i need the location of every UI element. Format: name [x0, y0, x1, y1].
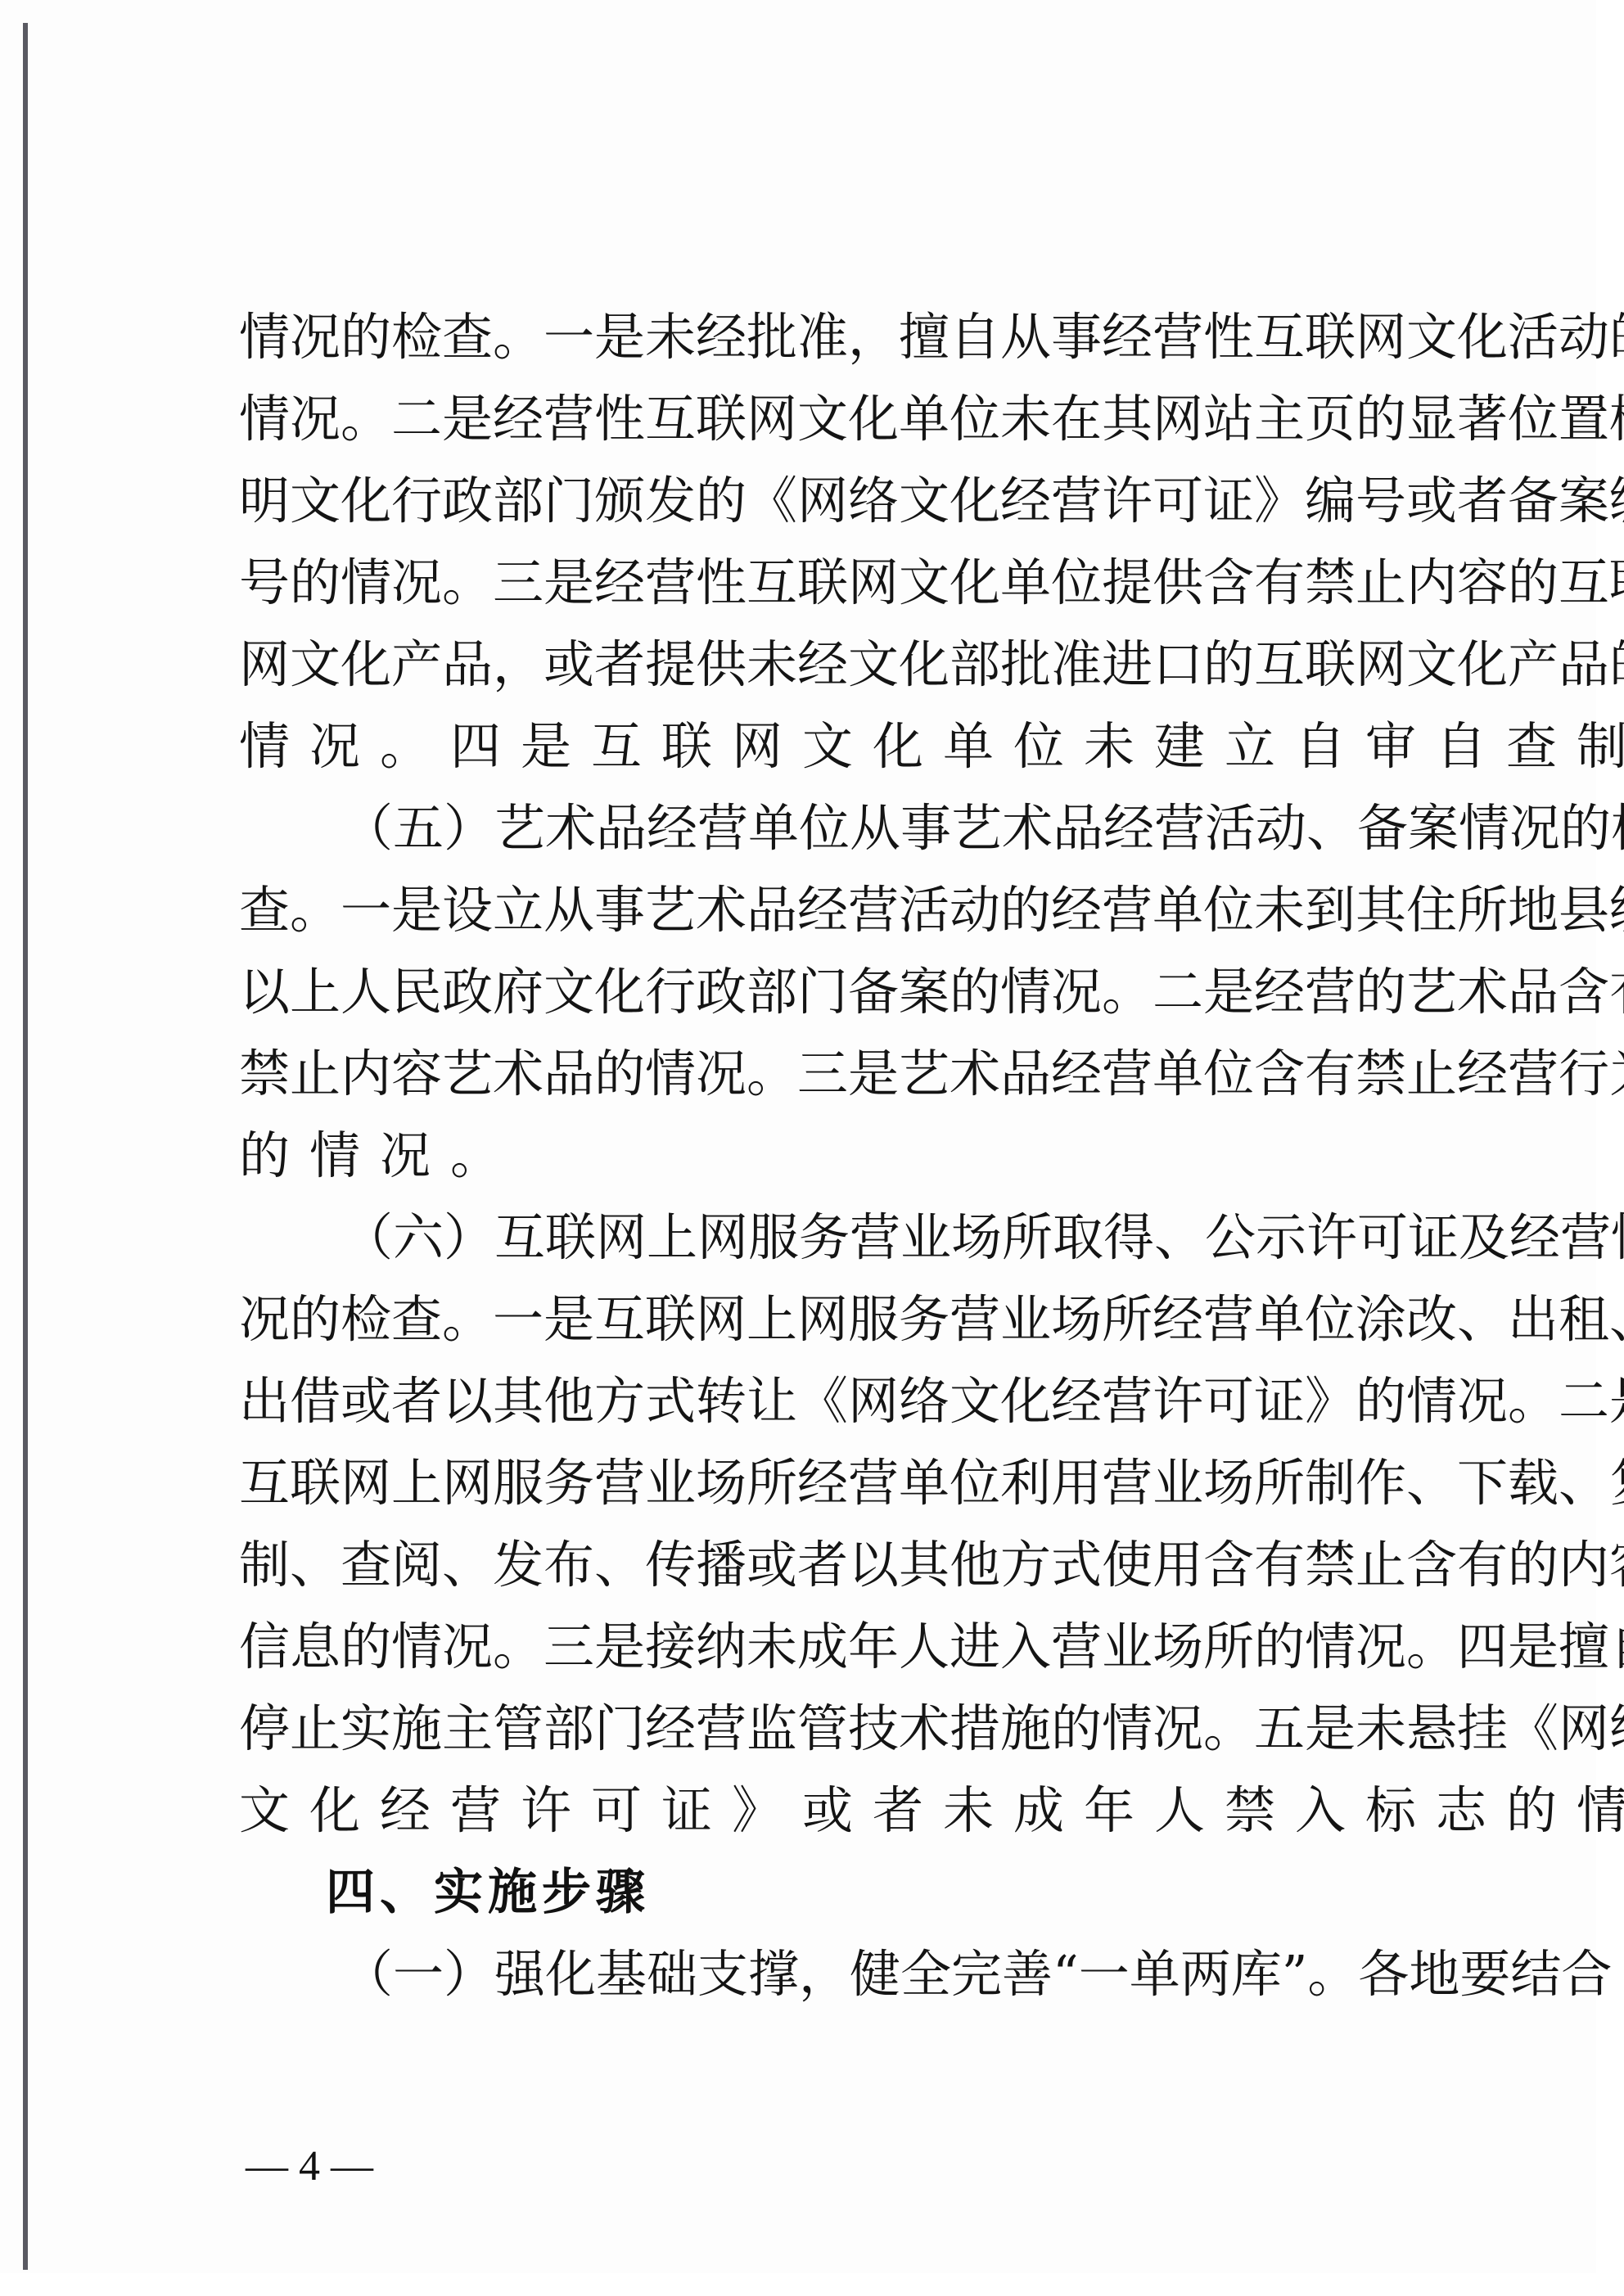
- document-page: 情况的检查。一是未经批准，擅自从事经营性互联网文化活动的 情况。二是经营性互联网…: [0, 0, 1596, 2273]
- body-text-line: 制、查阅、发布、传播或者以其他方式使用含有禁止含有的内容: [239, 1524, 1450, 1606]
- body-text-line: （一）强化基础支撑，健全完善“一单两库”。各地要结合: [342, 1933, 1450, 2015]
- body-text-line: 出借或者以其他方式转让《网络文化经营许可证》的情况。二是: [239, 1360, 1450, 1442]
- body-text-line: 的情况。: [239, 1115, 1450, 1197]
- body-text-line: 网文化产品，或者提供未经文化部批准进口的互联网文化产品的: [239, 624, 1450, 706]
- body-text-line: 明文化行政部门颁发的《网络文化经营许可证》编号或者备案编: [239, 460, 1450, 542]
- section-heading: 四、实施步骤: [326, 1852, 650, 1933]
- binding-edge-bar: [23, 23, 28, 2270]
- body-text-line: 情况的检查。一是未经批准，擅自从事经营性互联网文化活动的: [239, 296, 1450, 378]
- body-text-line: 信息的情况。三是接纳未成年人进入营业场所的情况。四是擅自: [239, 1606, 1450, 1688]
- body-text-line: （五）艺术品经营单位从事艺术品经营活动、备案情况的检: [342, 787, 1450, 869]
- body-text-line: （六）互联网上网服务营业场所取得、公示许可证及经营情: [342, 1197, 1450, 1279]
- body-text-line: 情况。二是经营性互联网文化单位未在其网站主页的显著位置标: [239, 378, 1450, 460]
- body-text-line: 文化经营许可证》或者未成年人禁入标志的情况。: [239, 1770, 1450, 1852]
- body-text-line: 禁止内容艺术品的情况。三是艺术品经营单位含有禁止经营行为: [239, 1033, 1450, 1115]
- body-text-line: 互联网上网服务营业场所经营单位利用营业场所制作、下载、复: [239, 1442, 1450, 1524]
- body-text-line: 号的情况。三是经营性互联网文化单位提供含有禁止内容的互联: [239, 542, 1450, 624]
- body-text-line: 况的检查。一是互联网上网服务营业场所经营单位涂改、出租、: [239, 1279, 1450, 1360]
- body-text-line: 以上人民政府文化行政部门备案的情况。二是经营的艺术品含有: [239, 951, 1450, 1033]
- body-text-line: 情况。四是互联网文化单位未建立自审自查制度的情况。: [239, 706, 1450, 787]
- page-number: — 4 —: [246, 2138, 409, 2195]
- body-text-line: 查。一是设立从事艺术品经营活动的经营单位未到其住所地县级: [239, 869, 1450, 951]
- body-text-line: 停止实施主管部门经营监管技术措施的情况。五是未悬挂《网络: [239, 1688, 1450, 1770]
